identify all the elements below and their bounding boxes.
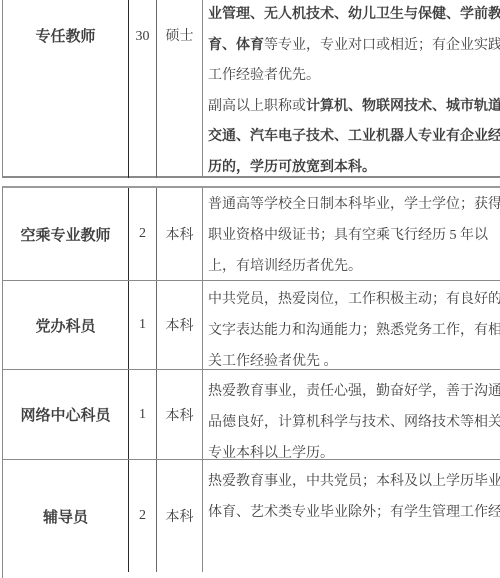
requirements-cell: 热爱教育事业，中共党员；本科及以上学历毕业，体育、艺术类专业毕业除外；有学生管理… (203, 460, 500, 534)
count-value: 1 (139, 407, 146, 423)
requirement-line: 育、体育等专业，专业对口或相近；有企业实践 (208, 31, 500, 62)
count-value: 2 (139, 508, 146, 524)
position-label: 空乘专业教师 (20, 224, 110, 245)
table-row: 党办科员 1 本科 中共党员，热爱岗位，工作积极主动；有良好的文字表达能力和沟通… (3, 281, 500, 370)
requirement-line: 专业本科以上学历。 (208, 438, 500, 459)
requirement-line: 热爱教育事业，中共党员；本科及以上学历毕业， (208, 466, 500, 497)
table-row: 网络中心科员 1 本科 热爱教育事业，责任心强，勤奋好学，善于沟通，品德良好，计… (3, 370, 500, 460)
position-cell: 党办科员 (3, 281, 129, 369)
position-label: 党办科员 (35, 315, 95, 336)
requirement-text: 育、体育 (208, 38, 264, 53)
degree-value: 硕士 (166, 28, 194, 46)
requirements-cell: 热爱教育事业，责任心强，勤奋好学，善于沟通，品德良好，计算机科学与技术、网络技术… (203, 370, 500, 459)
degree-value: 本科 (166, 506, 194, 526)
position-cell: 辅导员 (3, 460, 129, 534)
degree-cell: 本科 (157, 281, 203, 369)
requirement-line: 文字表达能力和沟通能力；熟悉党务工作，有相 (208, 315, 500, 346)
requirements-cell: 业管理、无人机技术、幼儿卫生与保健、学前教 育、体育等专业，专业对口或相近；有企… (203, 0, 500, 178)
table-row: 空乘专业教师 2 本科 普通高等学校全日制本科毕业，学士学位；获得职业资格中级证… (3, 188, 500, 281)
count-value: 2 (139, 226, 146, 242)
requirement-line: 中共党员，热爱岗位，工作积极主动；有良好的 (208, 284, 500, 315)
position-label: 网络中心科员 (20, 404, 110, 425)
requirement-line: 品德良好，计算机科学与技术、网络技术等相关 (208, 407, 500, 438)
degree-value: 本科 (166, 405, 194, 425)
requirement-text: 等专业，专业对口或相近；有企业实践 (264, 38, 500, 53)
requirement-text: 业管理、无人机技术、幼儿卫生与保健、学前教 (208, 7, 500, 22)
requirement-text: 历的，学历可放宽到本科。 (208, 160, 376, 175)
degree-value: 本科 (166, 315, 194, 335)
degree-cell: 本科 (157, 460, 203, 534)
position-cell: 专任教师 (3, 0, 129, 178)
count-cell: 1 (129, 281, 157, 369)
requirement-line: 业管理、无人机技术、幼儿卫生与保健、学前教 (208, 0, 500, 31)
position-label: 辅导员 (43, 506, 88, 527)
position-label: 专任教师 (35, 28, 95, 46)
degree-cell: 本科 (157, 370, 203, 459)
requirements-cell: 普通高等学校全日制本科毕业，学士学位；获得职业资格中级证书；具有空乘飞行经历 5… (203, 188, 500, 280)
requirement-text: 副高以上职称或 (208, 99, 306, 114)
count-cell: 30 (129, 0, 157, 178)
count-value: 30 (136, 28, 150, 46)
degree-cell: 本科 (157, 188, 203, 280)
count-cell: 2 (129, 188, 157, 280)
recruitment-table-upper: 专任教师 30 硕士 业管理、无人机技术、幼儿卫生与保健、学前教 育、体育等专业… (2, 0, 500, 178)
degree-cell: 硕士 (157, 0, 203, 178)
table-row: 辅导员 2 本科 热爱教育事业，中共党员；本科及以上学历毕业，体育、艺术类专业毕… (3, 460, 500, 534)
position-cell: 网络中心科员 (3, 370, 129, 459)
recruitment-table-page: { "colors": { "text": "#3f3f3f", "border… (0, 0, 500, 534)
requirement-line: 关工作经验者优先 。 (208, 346, 500, 369)
table-row: 专任教师 30 硕士 业管理、无人机技术、幼儿卫生与保健、学前教 育、体育等专业… (3, 0, 500, 178)
count-value: 1 (139, 317, 146, 333)
requirement-line: 副高以上职称或计算机、物联网技术、城市轨道 (208, 92, 500, 123)
position-cell: 空乘专业教师 (3, 188, 129, 280)
requirement-line: 工作经验者优先。 (208, 61, 500, 92)
requirement-text: 计算机、物联网技术、城市轨道 (306, 99, 500, 114)
requirement-text: 交通、汽车电子技术、工业机器人专业有企业经 (208, 129, 500, 144)
requirement-line: 普通高等学校全日制本科毕业，学士学位；获得 (208, 189, 500, 220)
degree-value: 本科 (166, 224, 194, 244)
requirement-line: 历的，学历可放宽到本科。 (208, 153, 500, 179)
count-cell: 2 (129, 460, 157, 534)
requirement-line: 热爱教育事业，责任心强，勤奋好学，善于沟通， (208, 376, 500, 407)
requirement-line: 交通、汽车电子技术、工业机器人专业有企业经 (208, 122, 500, 153)
requirement-line: 上，有培训经历者优先。 (208, 251, 500, 280)
requirement-text: 工作经验者优先。 (208, 68, 320, 83)
requirement-line: 职业资格中级证书；具有空乘飞行经历 5 年以 (208, 220, 500, 251)
requirement-line: 体育、艺术类专业毕业除外；有学生管理工作经 (208, 497, 500, 528)
recruitment-table-lower: 空乘专业教师 2 本科 普通高等学校全日制本科毕业，学士学位；获得职业资格中级证… (2, 186, 500, 534)
count-cell: 1 (129, 370, 157, 459)
requirements-cell: 中共党员，热爱岗位，工作积极主动；有良好的文字表达能力和沟通能力；熟悉党务工作，… (203, 281, 500, 369)
